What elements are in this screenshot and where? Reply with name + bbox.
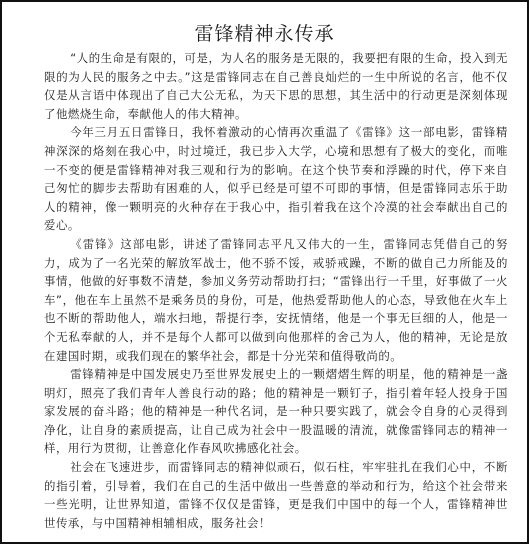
paragraph-4: 雷锋精神是中国发展史乃至世界发展史上的一颗熠熠生辉的明星，他的精神是一盏明灯，照… bbox=[44, 365, 508, 458]
document-body: “人的生命是有限的，可是，为人名的服务是无限的，我要把有限的生命，投入到无限的为… bbox=[44, 49, 508, 532]
paragraph-1: “人的生命是有限的，可是，为人名的服务是无限的，我要把有限的生命，投入到无限的为… bbox=[44, 49, 508, 123]
document-page: 雷锋精神永传承 “人的生命是有限的，可是，为人名的服务是无限的，我要把有限的生命… bbox=[0, 0, 529, 544]
document-title: 雷锋精神永传承 bbox=[2, 19, 527, 46]
paragraph-2: 今年三月五日雷锋日，我怀着激动的心情再次重温了《雷锋》这一部电影，雷锋精神深深的… bbox=[44, 123, 508, 235]
paragraph-5: 社会在飞速进步，而雷锋同志的精神似顽石，似石柱，牢牢驻扎在我们心中，不断的指引着… bbox=[44, 458, 508, 532]
paragraph-3: 《雷锋》这部电影，讲述了雷锋同志平凡又伟大的一生，雷锋同志凭借自己的努力，成为了… bbox=[44, 235, 508, 365]
